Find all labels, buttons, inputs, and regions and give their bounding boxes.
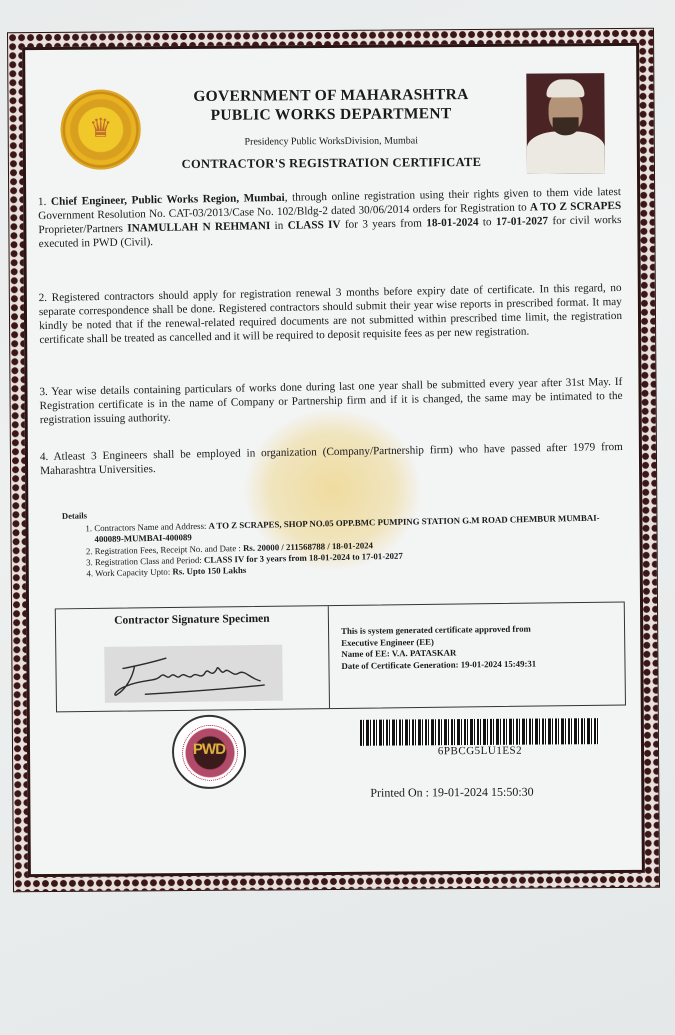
paragraph-2: 2. Registered contractors should apply f…	[39, 281, 623, 347]
certificate-header: GOVERNMENT OF MAHARASHTRA PUBLIC WORKS D…	[27, 84, 635, 173]
signature-scribble	[104, 645, 283, 703]
details-list: Contractors Name and Address: A TO Z SCR…	[70, 512, 618, 579]
barcode	[360, 718, 600, 746]
pwd-logo-text: PWD	[174, 741, 244, 758]
barcode-code: 6PBCG5LU1ES2	[360, 744, 600, 758]
division-name: Presidency Public WorksDivision, Mumbai	[28, 134, 635, 149]
signature-approval-box: Contractor Signature Specimen This is sy…	[55, 601, 626, 712]
certificate-page: ♛ GOVERNMENT OF MAHARASHTRA PUBLIC WORKS…	[27, 48, 640, 872]
paragraph-1: 1. Chief Engineer, Public Works Region, …	[38, 185, 622, 251]
paragraph-4: 4. Atleast 3 Engineers shall be employed…	[40, 440, 623, 478]
approval-panel: This is system generated certificate app…	[329, 602, 625, 708]
signature-specimen-title: Contractor Signature Specimen	[56, 612, 328, 627]
department-title: PUBLIC WORKS DEPARTMENT	[28, 103, 635, 126]
printed-on-timestamp: Printed On : 19-01-2024 15:50:30	[370, 785, 533, 801]
details-section: Details Contractors Name and Address: A …	[70, 499, 618, 580]
pwd-logo-icon: PWD	[172, 715, 247, 790]
signature-specimen-panel: Contractor Signature Specimen	[56, 606, 330, 711]
paragraph-3: 3. Year wise details containing particul…	[39, 375, 623, 427]
contractor-signature-image	[104, 645, 283, 703]
certificate-frame: ♛ GOVERNMENT OF MAHARASHTRA PUBLIC WORKS…	[7, 28, 660, 892]
